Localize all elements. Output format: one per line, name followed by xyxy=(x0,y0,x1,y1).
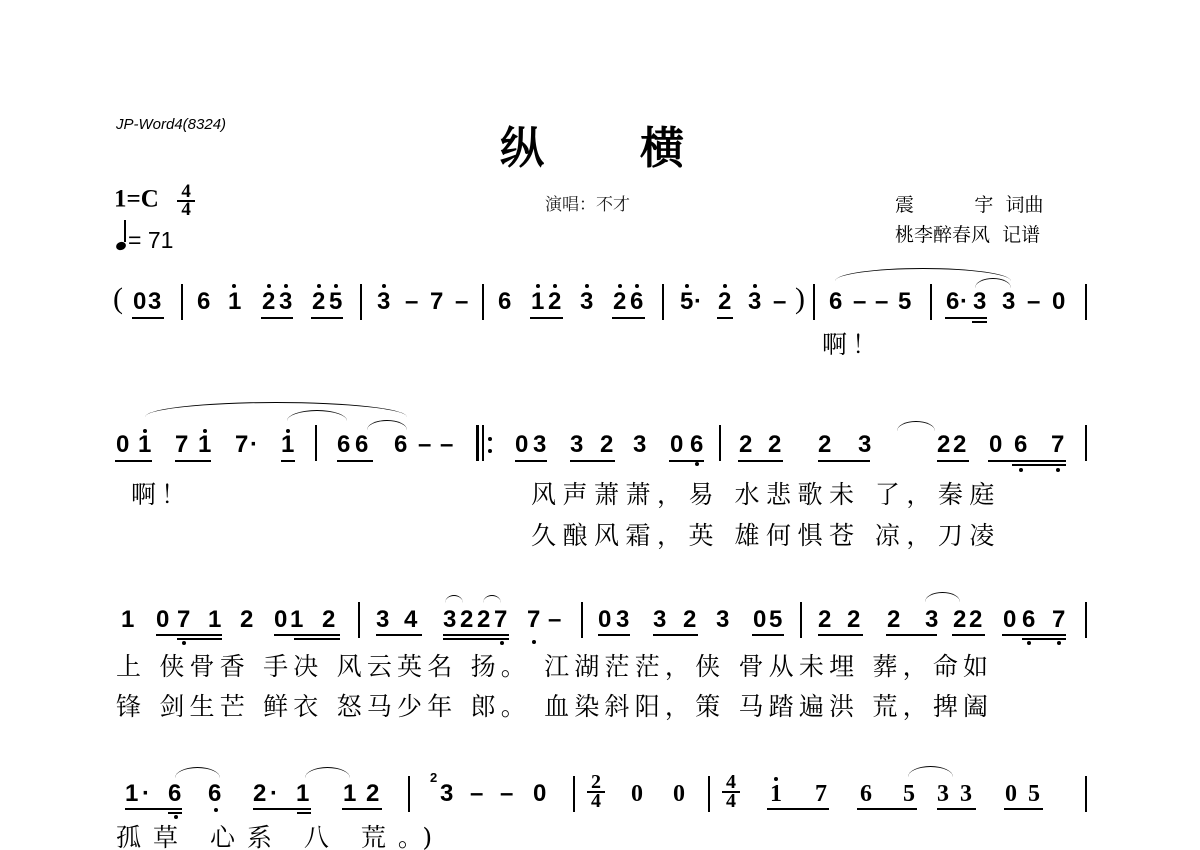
dash: – xyxy=(440,431,453,459)
note: 3 xyxy=(937,780,949,808)
barline xyxy=(358,602,360,638)
transcriber-name: 桃李醉春风 xyxy=(895,224,990,246)
note: 1 xyxy=(296,780,309,808)
note: 3 xyxy=(376,606,389,634)
note: 2 xyxy=(613,288,626,316)
low-octave-dot xyxy=(182,641,186,645)
time-sig-bottom: 4 xyxy=(722,793,740,810)
underline xyxy=(156,634,222,636)
note: 2 xyxy=(953,606,966,634)
underline xyxy=(1022,638,1066,640)
underline xyxy=(443,634,509,636)
note: 1 xyxy=(198,431,211,459)
barline xyxy=(1085,602,1087,638)
lyric-verse-2: 久酿风霜，英 雄何惧苍 凉，刀凌 xyxy=(531,521,1001,551)
grace-note: 2 xyxy=(430,770,437,785)
underline xyxy=(767,808,829,810)
note: 5 xyxy=(898,288,911,316)
underline xyxy=(294,638,340,640)
underline xyxy=(717,317,733,319)
software-watermark: JP-Word4(8324) xyxy=(116,116,226,133)
lyric-partial: 孤草 心系 八 荒。) xyxy=(116,823,444,850)
high-octave-dot xyxy=(753,284,757,288)
note: 2 xyxy=(847,606,860,634)
underline xyxy=(988,460,1066,462)
lyric-verse-1: 风声萧萧，易 水悲歌未 了，秦庭 xyxy=(531,480,1001,510)
note: 1 xyxy=(770,780,782,808)
augmentation-dot: · xyxy=(960,288,968,316)
underline xyxy=(261,317,293,319)
barline xyxy=(930,284,932,320)
underline xyxy=(168,812,182,814)
high-octave-dot xyxy=(267,284,271,288)
barline xyxy=(315,425,317,461)
note: 7 xyxy=(430,288,443,316)
time-sig-top: 2 xyxy=(587,774,605,791)
underline xyxy=(281,460,295,462)
underline xyxy=(125,808,182,810)
high-octave-dot xyxy=(685,284,689,288)
note: 6 xyxy=(168,780,181,808)
note: 3 xyxy=(1002,288,1015,316)
underline xyxy=(376,634,422,636)
note: 7 xyxy=(1052,606,1065,634)
note: 3 xyxy=(633,431,646,459)
dash: – xyxy=(1027,288,1040,316)
key-signature: 1=C 4 4 xyxy=(114,184,195,218)
underline xyxy=(937,460,969,462)
note: 6 xyxy=(337,431,350,459)
transcriber-role: 记谱 xyxy=(1002,224,1040,246)
repeat-dot xyxy=(488,449,492,453)
underline xyxy=(738,460,783,462)
barline xyxy=(800,602,802,638)
barline xyxy=(1085,776,1087,812)
high-octave-dot xyxy=(232,284,236,288)
note: 2 xyxy=(477,606,490,634)
note: 7 xyxy=(815,780,827,808)
note: 2 xyxy=(322,606,335,634)
barline xyxy=(573,776,575,812)
underline xyxy=(952,634,985,636)
repeat-barline-thick xyxy=(476,425,479,461)
underline xyxy=(253,808,311,810)
note: 3 xyxy=(716,606,729,634)
high-octave-dot xyxy=(284,284,288,288)
note: 5 xyxy=(769,606,782,634)
underline xyxy=(311,317,343,319)
barline xyxy=(662,284,664,320)
augmentation-dot: · xyxy=(142,780,150,808)
underline xyxy=(115,460,152,462)
note: 6 xyxy=(1022,606,1035,634)
dash: – xyxy=(470,780,483,808)
transcriber-credit: 桃李醉春风 记谱 xyxy=(895,220,1040,247)
underline xyxy=(818,634,863,636)
dash: – xyxy=(418,431,431,459)
note: 6 xyxy=(394,431,407,459)
composer-role: 词曲 xyxy=(1005,194,1043,216)
note: 6 xyxy=(208,780,221,808)
note: 1 xyxy=(121,606,134,634)
note: 6 xyxy=(1014,431,1027,459)
augmentation-dot: · xyxy=(694,288,702,316)
note: 3 xyxy=(440,780,453,808)
underline xyxy=(886,634,937,636)
underline xyxy=(570,460,615,462)
low-octave-dot xyxy=(1056,468,1060,472)
note: 1 xyxy=(531,288,544,316)
note: 6 xyxy=(829,288,842,316)
dash: – xyxy=(500,780,513,808)
note: 3 xyxy=(653,606,666,634)
underline xyxy=(972,321,987,323)
note: 1 xyxy=(281,431,294,459)
note: 2 xyxy=(683,606,696,634)
note: 3 xyxy=(925,606,938,634)
high-octave-dot xyxy=(553,284,557,288)
dash: – xyxy=(405,288,418,316)
note: 2 xyxy=(262,288,275,316)
underline xyxy=(337,460,373,462)
slur xyxy=(897,421,935,431)
tempo-value: = 71 xyxy=(128,227,173,253)
underline xyxy=(175,460,211,462)
low-octave-dot xyxy=(1019,468,1023,472)
dash: – xyxy=(548,606,561,634)
underline xyxy=(1004,808,1043,810)
barline xyxy=(719,425,721,461)
note: 7 xyxy=(1051,431,1064,459)
barline xyxy=(813,284,815,320)
note: 6 xyxy=(355,431,368,459)
high-octave-dot xyxy=(635,284,639,288)
note: 6 xyxy=(690,431,703,459)
underline xyxy=(598,634,630,636)
slur xyxy=(305,767,350,778)
note: 0 xyxy=(133,288,146,316)
barline xyxy=(1085,425,1087,461)
slur xyxy=(175,767,220,778)
note: 2 xyxy=(739,431,752,459)
high-octave-dot xyxy=(143,429,147,433)
rest: 0 xyxy=(598,606,611,634)
low-octave-dot xyxy=(1027,641,1031,645)
low-octave-dot xyxy=(1057,641,1061,645)
low-octave-dot xyxy=(214,808,218,812)
note: 5 xyxy=(329,288,342,316)
underline xyxy=(177,638,222,640)
dash: – xyxy=(773,288,786,316)
low-octave-dot xyxy=(532,640,536,644)
underline xyxy=(937,808,976,810)
note: 3 xyxy=(377,288,390,316)
rest: 0 xyxy=(1052,288,1065,316)
note: 2 xyxy=(818,431,831,459)
note: 3 xyxy=(533,431,546,459)
underline xyxy=(669,460,704,462)
note: 2 xyxy=(312,288,325,316)
barline xyxy=(181,284,183,320)
note: 2 xyxy=(548,288,561,316)
note: 7 xyxy=(177,606,190,634)
composer-name: 震 宇 xyxy=(895,194,993,216)
slur xyxy=(908,766,953,777)
underline xyxy=(945,317,987,319)
note: 4 xyxy=(404,606,417,634)
note: 5 xyxy=(1028,780,1040,808)
note: 5 xyxy=(903,780,915,808)
underline xyxy=(342,808,382,810)
quarter-note-icon xyxy=(115,241,127,252)
underline xyxy=(857,808,917,810)
rest: 0 xyxy=(631,780,643,808)
rest: 0 xyxy=(1003,606,1016,634)
dash: – xyxy=(853,288,866,316)
augmentation-dot: · xyxy=(270,780,278,808)
quarter-note-stem xyxy=(124,220,126,242)
high-octave-dot xyxy=(618,284,622,288)
time-sig-top: 4 xyxy=(177,184,195,200)
note: 3 xyxy=(616,606,629,634)
note: 1 xyxy=(125,780,138,808)
rest: 0 xyxy=(753,606,766,634)
note: 6 xyxy=(197,288,210,316)
high-octave-dot xyxy=(774,777,778,781)
underline xyxy=(653,634,698,636)
repeat-dot xyxy=(488,437,492,441)
barline xyxy=(482,284,484,320)
rest: 0 xyxy=(1005,780,1017,808)
slur xyxy=(445,595,463,603)
note: 1 xyxy=(290,606,303,634)
note: 2 xyxy=(600,431,613,459)
open-parenthesis: ( xyxy=(113,282,123,316)
dash: – xyxy=(455,288,468,316)
rest: 0 xyxy=(156,606,169,634)
slur xyxy=(483,595,501,603)
time-sig-top: 4 xyxy=(722,774,740,791)
slur xyxy=(367,420,407,430)
note: 7 xyxy=(235,431,248,459)
note: 2 xyxy=(718,288,731,316)
note: 3 xyxy=(443,606,456,634)
rest: 0 xyxy=(673,780,685,808)
note: 7 xyxy=(527,606,540,634)
rest: 0 xyxy=(989,431,1002,459)
note: 3 xyxy=(580,288,593,316)
time-signature-2-4: 2 4 xyxy=(587,774,605,810)
rest: 0 xyxy=(533,780,546,808)
low-octave-dot xyxy=(695,462,699,466)
note: 2 xyxy=(768,431,781,459)
note: 3 xyxy=(570,431,583,459)
close-parenthesis: ) xyxy=(795,282,805,316)
note: 1 xyxy=(208,606,221,634)
rest: 0 xyxy=(274,606,287,634)
note: 1 xyxy=(228,288,241,316)
barline xyxy=(581,602,583,638)
underline xyxy=(1012,464,1066,466)
lyric-intro: 啊！ xyxy=(822,330,882,360)
note: 2 xyxy=(253,780,266,808)
rest: 0 xyxy=(515,431,528,459)
barline xyxy=(408,776,410,812)
note: 2 xyxy=(953,431,966,459)
rest: 0 xyxy=(670,431,683,459)
time-signature: 4 4 xyxy=(177,184,195,218)
lyric-intro: 啊！ xyxy=(131,480,191,510)
time-sig-bottom: 4 xyxy=(587,793,605,810)
underline xyxy=(274,634,340,636)
composer-credit: 震 宇 词曲 xyxy=(895,190,1043,217)
note: 6 xyxy=(630,288,643,316)
note: 1 xyxy=(138,431,151,459)
note: 3 xyxy=(858,431,871,459)
repeat-barline-thin xyxy=(482,425,484,461)
song-title: 纵横 xyxy=(500,112,780,176)
note: 7 xyxy=(494,606,507,634)
singer-credit: 演唱：不才 xyxy=(545,190,630,215)
high-octave-dot xyxy=(723,284,727,288)
high-octave-dot xyxy=(286,429,290,433)
augmentation-dot: · xyxy=(250,431,258,459)
high-octave-dot xyxy=(382,284,386,288)
note: 2 xyxy=(969,606,982,634)
underline xyxy=(612,317,645,319)
barline xyxy=(1085,284,1087,320)
time-signature-4-4: 4 4 xyxy=(722,774,740,810)
note: 3 xyxy=(748,288,761,316)
lyric-verse-1: 上 侠骨香 手决 风云英名 扬。 江湖茫茫，侠 骨从未埋 葬，命如 xyxy=(116,652,993,682)
rest: 0 xyxy=(116,431,129,459)
note: 6 xyxy=(946,288,959,316)
underline xyxy=(132,317,164,319)
underline xyxy=(515,460,547,462)
underline xyxy=(818,460,870,462)
high-octave-dot xyxy=(334,284,338,288)
tempo-marking: = 71 xyxy=(116,226,173,254)
underline xyxy=(752,634,784,636)
low-octave-dot xyxy=(500,641,504,645)
barline xyxy=(360,284,362,320)
note: 3 xyxy=(960,780,972,808)
note: 6 xyxy=(498,288,511,316)
slur xyxy=(925,592,960,602)
lyric-verse-2: 锋 剑生芒 鲜衣 怒马少年 郎。 血染斜阳，策 马踏遍洪 荒，捭阖 xyxy=(116,692,993,722)
note: 2 xyxy=(460,606,473,634)
note: 5 xyxy=(680,288,693,316)
note: 3 xyxy=(973,288,986,316)
note: 7 xyxy=(175,431,188,459)
note: 1 xyxy=(343,780,356,808)
note: 2 xyxy=(937,431,950,459)
note: 2 xyxy=(887,606,900,634)
note: 2 xyxy=(818,606,831,634)
high-octave-dot xyxy=(317,284,321,288)
note: 3 xyxy=(148,288,161,316)
note: 3 xyxy=(279,288,292,316)
time-sig-bottom: 4 xyxy=(177,202,195,218)
high-octave-dot xyxy=(536,284,540,288)
key-label: 1=C xyxy=(114,186,159,213)
dash: – xyxy=(875,288,888,316)
underline xyxy=(1002,634,1066,636)
note: 2 xyxy=(366,780,379,808)
slur xyxy=(145,402,407,417)
underline xyxy=(297,812,311,814)
barline xyxy=(708,776,710,812)
note: 2 xyxy=(240,606,253,634)
high-octave-dot xyxy=(585,284,589,288)
high-octave-dot xyxy=(203,429,207,433)
low-octave-dot xyxy=(174,815,178,819)
underline xyxy=(443,638,509,640)
note: 6 xyxy=(860,780,872,808)
underline xyxy=(530,317,563,319)
